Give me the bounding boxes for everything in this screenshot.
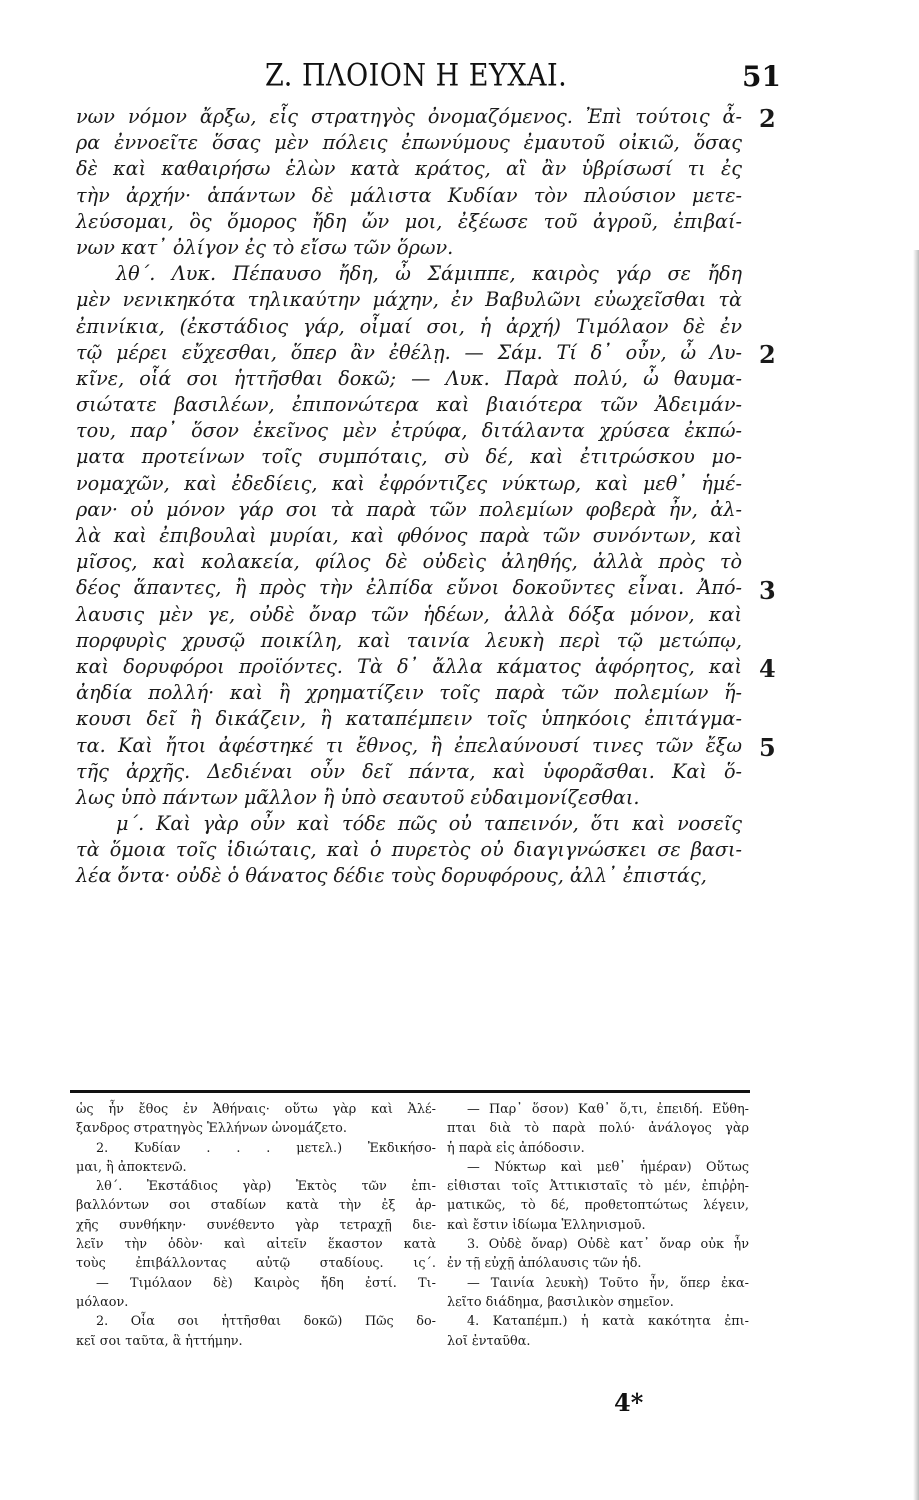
- text-line: νομαχῶν, καὶ ἐδεδίεις, καὶ ἐφρόντιζες νύ…: [76, 471, 742, 497]
- footnote-line: βαλλόντων σοι σταδίων κατὰ τὴν ἐξ ἀρ-: [76, 1196, 436, 1215]
- main-text: νων νόμον ἄρξω, εἷς στρατηγὸς ὀνομαζόμεν…: [76, 104, 742, 890]
- text-line: σιώτατε βασιλέων, ἐπιπονώτερα καὶ βιαιότ…: [76, 392, 742, 418]
- footnote-rule: [70, 1090, 750, 1093]
- text-line: ματα προτείνων τοῖς συμπόταις, σὺ δέ, κα…: [76, 444, 742, 470]
- footnote-line: χῆς συνθήκην· συνέθεντο γὰρ τετραχῇ διε-: [76, 1216, 436, 1235]
- footnote-line: 3. Οὐδὲ ὄναρ) Οὐδὲ κατ᾽ ὄναρ οὐκ ἦν: [447, 1235, 749, 1254]
- footnote-line: — Ταινία λευκὴ) Τοῦτο ἦν, ὅπερ ἐκα-: [447, 1274, 749, 1293]
- footnote-line: ματικῶς, τὸ δέ, προθετοπτώτως λέγειν,: [447, 1196, 749, 1215]
- text-line: λως ὑπὸ πάντων μᾶλλον ἢ ὑπὸ σεαυτοῦ εὐδα…: [76, 785, 742, 811]
- footnote-line: μαι, ἢ ἀποκτενῶ.: [76, 1158, 436, 1177]
- text-line: μ΄. Καὶ γὰρ οὖν καὶ τόδε πῶς οὐ ταπεινόν…: [76, 811, 742, 837]
- footnote-line: ξανδρος στρατηγὸς Ἑλλήνων ὠνομάζετο.: [76, 1119, 436, 1138]
- footnotes-left-column: ὡς ἦν ἔθος ἐν Ἀθήναις· οὕτω γὰρ καὶ Ἀλέ-…: [76, 1100, 436, 1351]
- text-line: κῖνε, οἷά σοι ἡττῆσθαι δοκῶ; — Λυκ. Παρὰ…: [76, 366, 742, 392]
- text-line: λεύσομαι, ὃς ὅμορος ἤδη ὤν μοι, ἐξέωσε τ…: [76, 209, 742, 235]
- text-line: πορφυρὶς χρυσῷ ποικίλη, καὶ ταινία λευκὴ…: [76, 628, 742, 654]
- page-number: 51: [742, 60, 781, 93]
- signature-mark: 4*: [614, 1388, 643, 1417]
- footnote-line: πται διὰ τὸ παρὰ πολύ· ἀνάλογος γὰρ: [447, 1119, 749, 1138]
- text-line: μὲν νενικηκότα τηλικαύτην μάχην, ἐν Βαβυ…: [76, 287, 742, 313]
- footnotes-right-column: — Παρ᾽ ὅσον) Καθ᾽ ὅ,τι, ἐπειδή. Εὔθη-πτα…: [447, 1100, 749, 1351]
- text-line: τα. Καὶ ἤτοι ἀφέστηκέ τι ἔθνος, ἢ ἐπελαύ…: [76, 733, 742, 759]
- footnote-line: λεῖν τὴν ὁδὸν· καὶ αἰτεῖν ἕκαστον κατὰ: [76, 1235, 436, 1254]
- text-line: ρα ἐννοεῖτε ὅσας μὲν πόλεις ἐπωνύμους ἐμ…: [76, 130, 742, 156]
- text-line: τὰ ὅμοια τοῖς ἰδιώταις, καὶ ὁ πυρετὸς οὐ…: [76, 837, 742, 863]
- footnote-line: 2. Οἷα σοι ἡττῆσθαι δοκῶ) Πῶς δο-: [76, 1312, 436, 1331]
- text-line: τῆς ἀρχῆς. Δεδιέναι οὖν δεῖ πάντα, καὶ ὑ…: [76, 759, 742, 785]
- text-line: λαυσις μὲν γε, οὐδὲ ὄναρ τῶν ἡδέων, ἀλλὰ…: [76, 602, 742, 628]
- text-line: λέα ὄντα· οὐδὲ ὁ θάνατος δέδιε τοὺς δορυ…: [76, 863, 742, 889]
- text-line: καὶ δορυφόροι προϊόντες. Τὰ δ᾽ ἄλλα κάμα…: [76, 654, 742, 680]
- margin-section-number: 2: [759, 104, 776, 133]
- margin-section-number: 3: [759, 576, 776, 605]
- text-line: λὰ καὶ ἐπιβουλαὶ μυρίαι, καὶ φθόνος παρὰ…: [76, 523, 742, 549]
- footnote-line: — Νύκτωρ καὶ μεθ᾽ ἡμέραν) Οὕτως: [447, 1158, 749, 1177]
- footnote-line: — Παρ᾽ ὅσον) Καθ᾽ ὅ,τι, ἐπειδή. Εὔθη-: [447, 1100, 749, 1119]
- footnote-line: 2. Κυδίαν . . . μετελ.) Ἐκδικήσο-: [76, 1139, 436, 1158]
- margin-section-number: 4: [759, 654, 776, 683]
- book-page: Z. ΠΛΟΙΟΝ Η ΕΥΧΑΙ. 51 νων νόμον ἄρξω, εἷ…: [0, 0, 919, 1500]
- text-line: τὴν ἀρχήν· ἁπάντων δὲ μάλιστα Κυδίαν τὸν…: [76, 183, 742, 209]
- text-line: ἀηδία πολλή· καὶ ἢ χρηματίζειν τοῖς παρὰ…: [76, 680, 742, 706]
- text-line: δὲ καὶ καθαιρήσω ἑλὼν κατὰ κράτος, αἳ ἂν…: [76, 156, 742, 182]
- footnote-line: κεῖ σοι ταῦτα, ἃ ἡττήμην.: [76, 1332, 436, 1351]
- footnote-line: τοὺς ἐπιβάλλοντας αὐτῷ σταδίους. ις΄.: [76, 1254, 436, 1273]
- page-edge-shadow: [913, 250, 919, 1500]
- footnote-line: λθ΄. Ἐκστάδιος γὰρ) Ἐκτὸς τῶν ἐπι-: [76, 1177, 436, 1196]
- footnote-line: καὶ ἔστιν ἰδίωμα Ἑλληνισμοῦ.: [447, 1216, 749, 1235]
- text-line: ραν· οὐ μόνον γάρ σοι τὰ παρὰ τῶν πολεμί…: [76, 497, 742, 523]
- margin-section-number: 2: [759, 340, 776, 369]
- text-line: ἐπινίκια, (ἐκστάδιος γάρ, οἶμαί σοι, ἡ ἀ…: [76, 314, 742, 340]
- footnote-line: ἐν τῇ εὐχῇ ἀπόλαυσις τῶν ἡδ.: [447, 1254, 749, 1273]
- footnote-line: — Τιμόλαον δὲ) Καιρὸς ἤδη ἐστί. Τι-: [76, 1274, 436, 1293]
- text-line: τῷ μέρει εὔχεσθαι, ὅπερ ἂν ἐθέλῃ. — Σάμ.…: [76, 340, 742, 366]
- footnote-line: λοῖ ἐνταῦθα.: [447, 1332, 749, 1351]
- running-title: Z. ΠΛΟΙΟΝ Η ΕΥΧΑΙ.: [265, 58, 567, 94]
- text-line: νων νόμον ἄρξω, εἷς στρατηγὸς ὀνομαζόμεν…: [76, 104, 742, 130]
- footnote-line: ὡς ἦν ἔθος ἐν Ἀθήναις· οὕτω γὰρ καὶ Ἀλέ-: [76, 1100, 436, 1119]
- page-header: Z. ΠΛΟΙΟΝ Η ΕΥΧΑΙ. 51: [0, 52, 919, 92]
- text-line: του, παρ᾽ ὅσον ἐκεῖνος μὲν ἐτρύφα, διτάλ…: [76, 418, 742, 444]
- footnote-line: λεῖτο διάδημα, βασιλικὸν σημεῖον.: [447, 1293, 749, 1312]
- text-line: δέος ἅπαντες, ἢ πρὸς τὴν ἐλπίδα εὔνοι δο…: [76, 575, 742, 601]
- text-line: κουσι δεῖ ἢ δικάζειν, ἢ καταπέμπειν τοῖς…: [76, 706, 742, 732]
- footnote-line: 4. Καταπέμπ.) ἡ κατὰ κακότητα ἐπι-: [447, 1312, 749, 1331]
- text-line: νων κατ᾽ ὀλίγον ἐς τὸ εἴσω τῶν ὅρων.: [76, 235, 742, 261]
- footnote-line: μόλαον.: [76, 1293, 436, 1312]
- text-line: μῖσος, καὶ κολακεία, φίλος δὲ οὐδεὶς ἀλη…: [76, 549, 742, 575]
- footnote-line: εἰθισται τοῖς Ἀττικισταῖς τὸ μέν, ἐπιῤῥη…: [447, 1177, 749, 1196]
- margin-section-number: 5: [759, 733, 776, 762]
- text-line: λθ΄. Λυκ. Πέπαυσο ἤδη, ὦ Σάμιππε, καιρὸς…: [76, 261, 742, 287]
- footnote-line: ἡ παρὰ εἰς ἀπόδοσιν.: [447, 1139, 749, 1158]
